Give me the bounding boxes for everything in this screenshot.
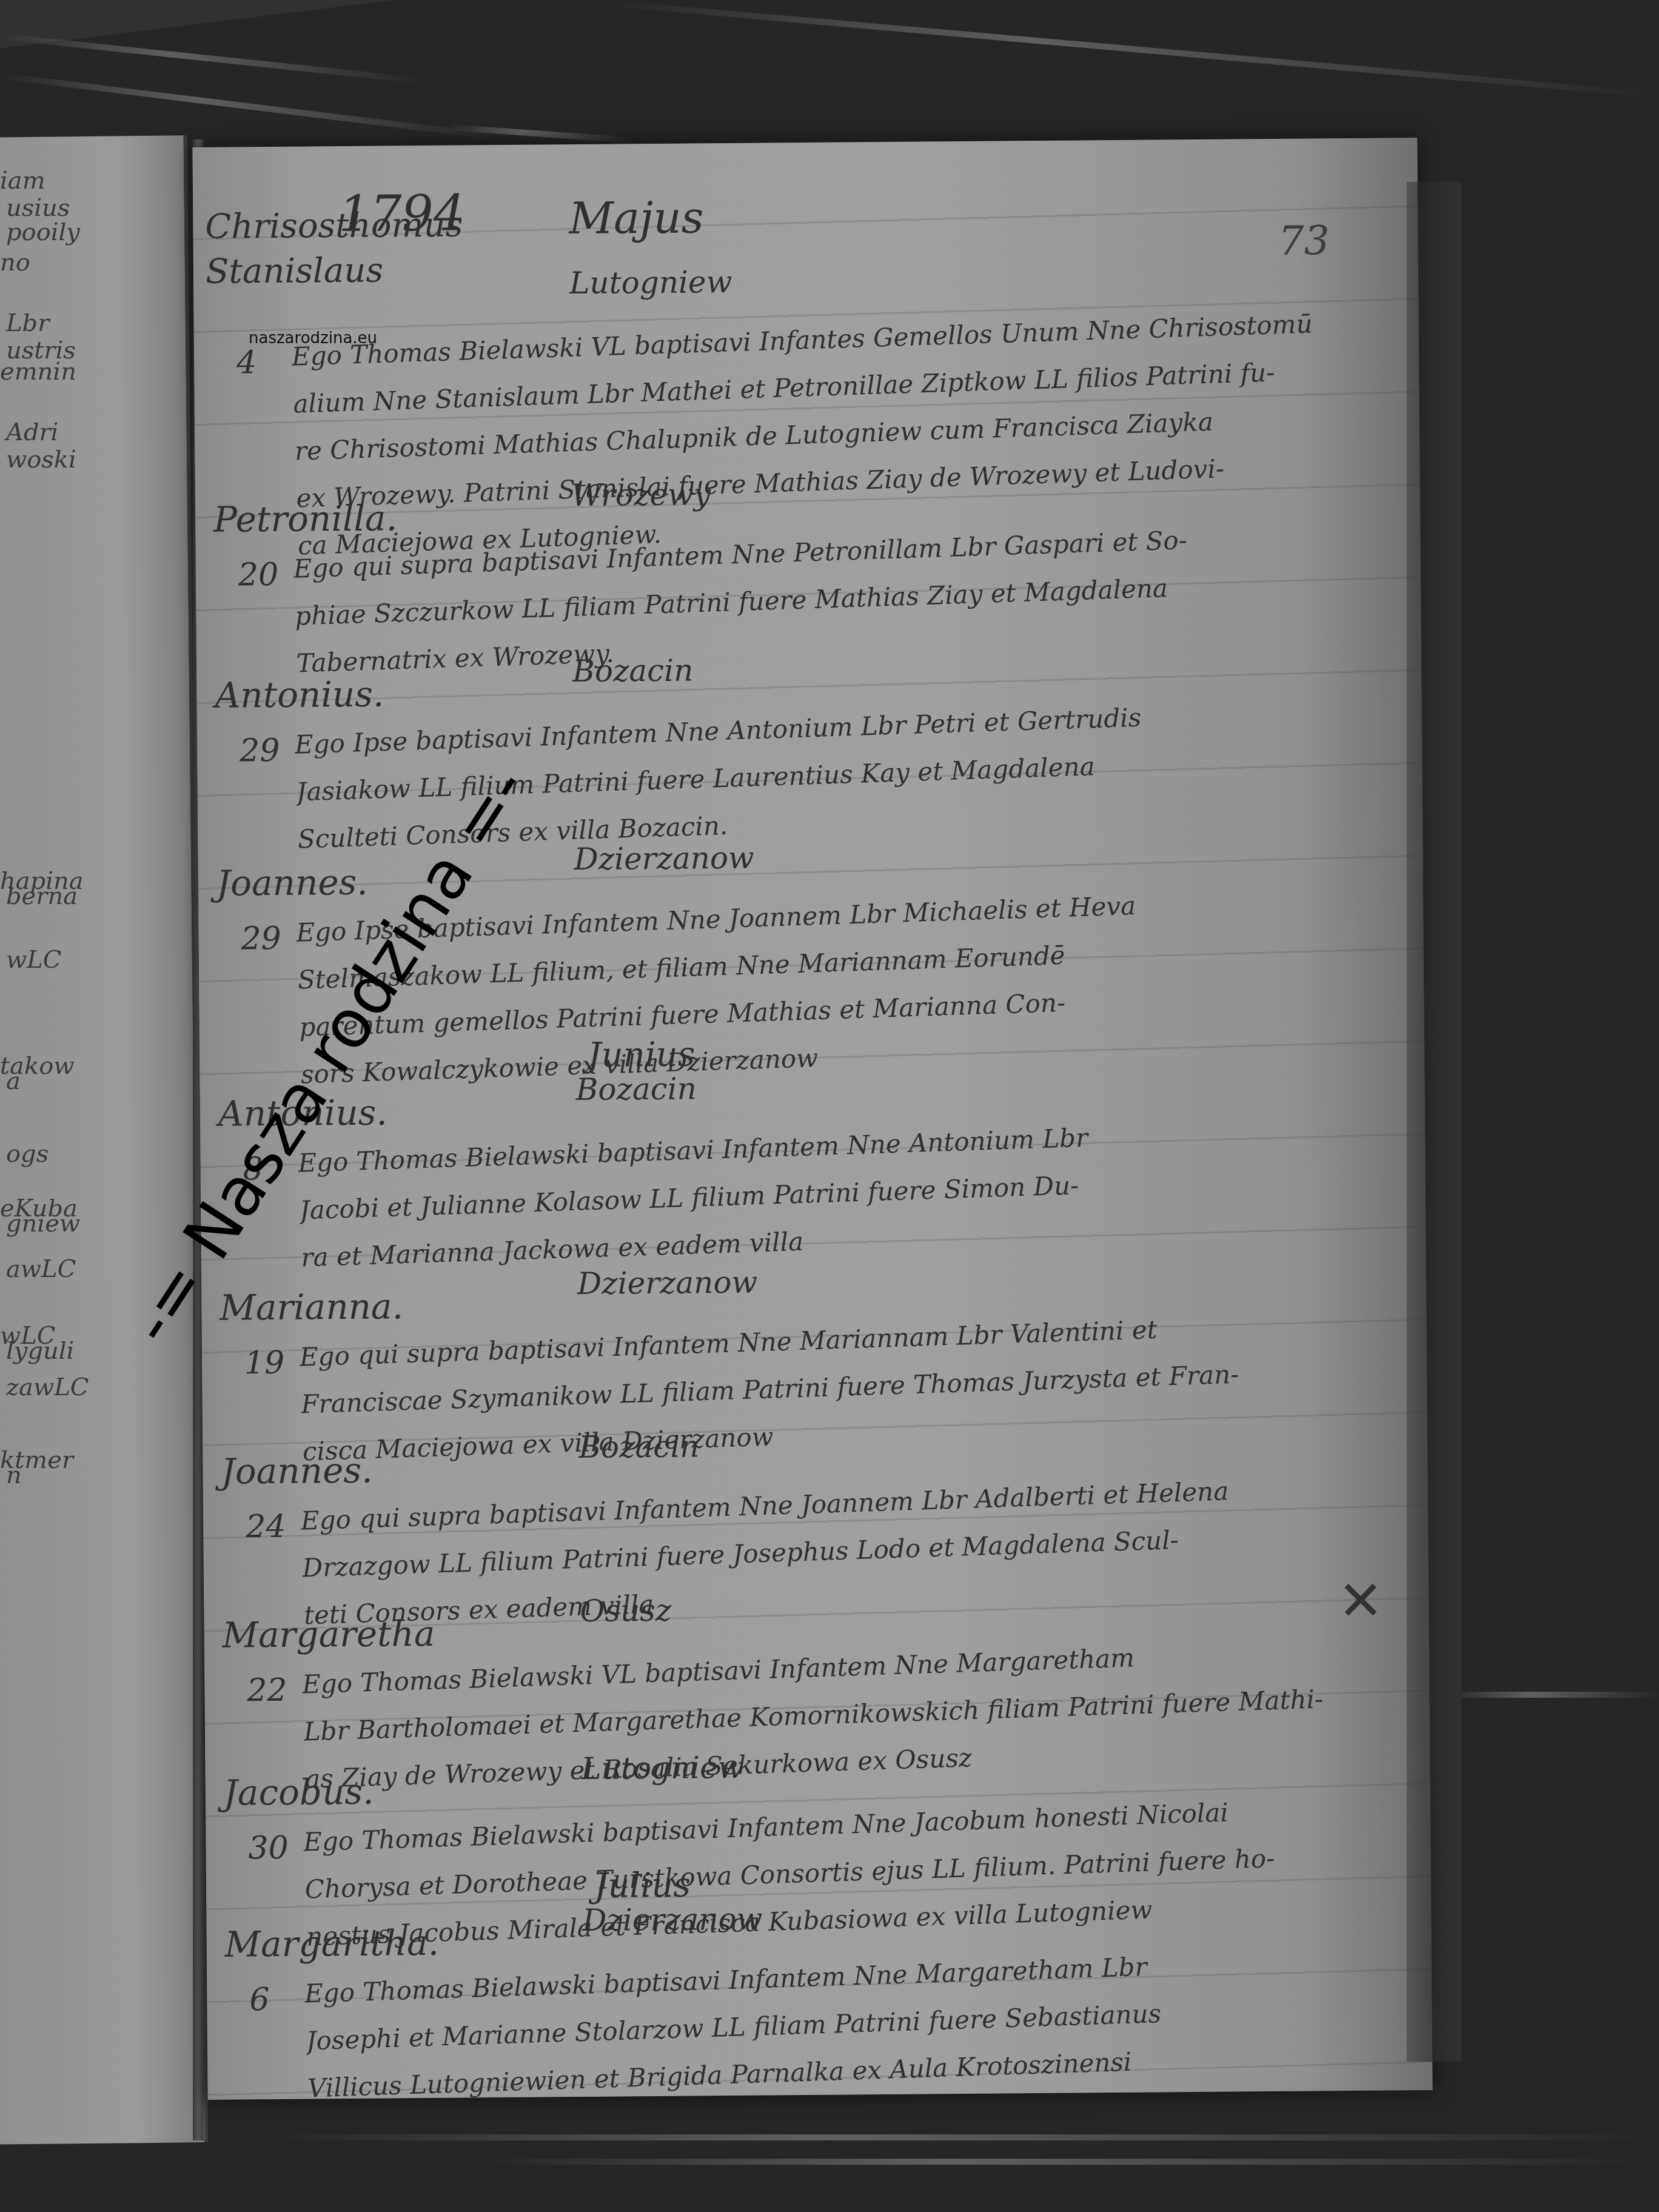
child-name: Jacobus. (223, 1771, 374, 1814)
previous-page-fragment: iam (0, 167, 45, 195)
village-name: Wrozewy (571, 477, 711, 513)
entry-text: Ego Thomas Bielawski baptisavi Infantem … (297, 1106, 1344, 1281)
page-year: 1794 (338, 184, 465, 243)
baptism-day: 29 (241, 920, 281, 957)
previous-page-fragment: emnin (0, 358, 76, 386)
baptism-day: 19 (244, 1345, 285, 1382)
previous-page-fragment: woski (6, 446, 76, 474)
previous-page-fragment: wLC (6, 946, 61, 974)
child-name: Antonius. (215, 674, 384, 716)
cross-mark: ✕ (1338, 1569, 1384, 1634)
village-name: Bozacin (572, 653, 694, 689)
previous-page-fragment: ogs (6, 1140, 49, 1168)
child-name: Margaretha (222, 1613, 435, 1656)
child-name: Petronilla. (213, 497, 397, 540)
previous-page-fragment: a (6, 1067, 21, 1095)
village-name: Osusz (580, 1593, 671, 1629)
scanner-streak (485, 2159, 1637, 2165)
previous-page-fragment: berna (6, 882, 78, 910)
entry-text: Ego qui supra baptisavi Infantem Nne Joa… (300, 1464, 1347, 1639)
village-name: Dzierzanow (577, 1265, 758, 1301)
previous-page-fragment: awLC (6, 1255, 76, 1283)
baptism-day: 20 (238, 557, 279, 594)
child-name: Joannes. (216, 862, 369, 904)
page-month: Majus (569, 192, 704, 244)
month-divider: Junius (588, 1035, 695, 1075)
page-edge-shadow (1407, 182, 1461, 2062)
village-name: Lutogniew (569, 264, 732, 301)
scanner-streak (0, 33, 423, 84)
baptism-day: 22 (247, 1672, 287, 1709)
previous-page-fragment: no (0, 249, 30, 276)
previous-page-fragment: zawLC (6, 1373, 89, 1401)
child-name: Joannes. (221, 1450, 373, 1492)
scanner-streak (1443, 1692, 1659, 1698)
entry-text: Ego Thomas Bielawski VL baptisavi Infant… (301, 1627, 1349, 1803)
child-name: Margaritha. (224, 1922, 439, 1965)
baptism-day: 24 (246, 1509, 286, 1546)
scanner-streak (273, 2134, 1655, 2140)
entry-text: Ego Thomas Bielawski baptisavi Infantem … (304, 1937, 1351, 2112)
village-name: Dzierzanow (574, 840, 754, 877)
baptism-day: 6 (249, 1982, 270, 2018)
watermark-url: naszarodzina.eu (249, 329, 377, 347)
village-name: Bozacin (575, 1071, 697, 1108)
register-page: Chrisosthomus Stanislaus 1794 Majus 73 L… (192, 138, 1432, 2100)
scanner-streak (606, 0, 1659, 98)
entry-text: Ego Thomas Bielawski baptisavi Infantem … (303, 1785, 1350, 1960)
month-divider: Julius (594, 1866, 691, 1906)
previous-page-fragment: gniew (6, 1210, 80, 1238)
baptism-entries: Lutogniew4Ego Thomas Bielawski VL baptis… (192, 138, 1417, 147)
baptism-entry: Marianna.Dzierzanow19Ego qui supra bapti… (201, 1278, 1426, 1287)
child-name: Marianna. (220, 1285, 403, 1328)
village-name: Lutogniew (581, 1750, 744, 1786)
entry-text: Ego qui supra baptisavi Infantem Nne Mar… (299, 1300, 1346, 1475)
previous-page-fragment: lyguli (6, 1337, 74, 1365)
baptism-day: 4 (236, 344, 257, 381)
baptism-day: 29 (240, 732, 280, 769)
page-number: 73 (1278, 217, 1330, 264)
scan-scene: iamusiuspooilynoLbrustrisemninAdriwoskih… (0, 0, 1659, 2212)
village-name: Dzierzanow (582, 1902, 763, 1938)
previous-page-fragment: Adri (6, 418, 58, 446)
previous-page-fragment: pooily (6, 218, 80, 246)
previous-page-fragment: n (6, 1461, 22, 1489)
previous-page-fragment: Lbr (6, 309, 49, 337)
village-name: Bozacin (578, 1429, 700, 1465)
baptism-day: 30 (248, 1830, 289, 1867)
